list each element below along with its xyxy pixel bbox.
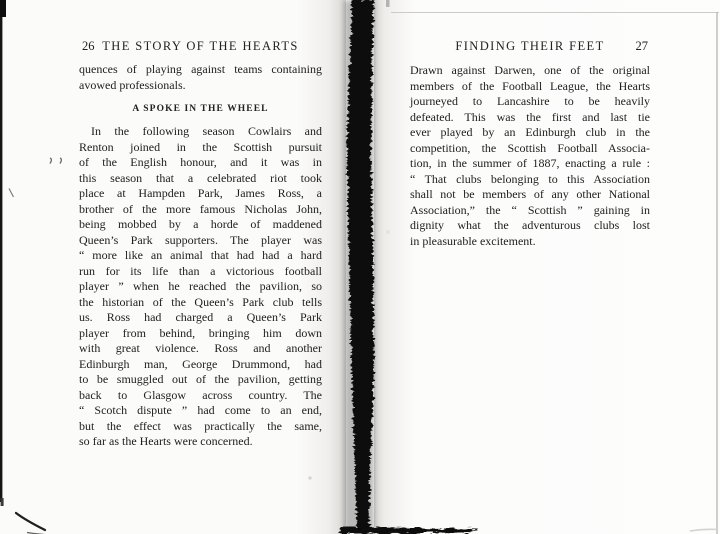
body-line: Edinburgh man, George Drummond, had: [79, 357, 322, 373]
book-scan: 26 THE STORY OF THE HEARTS quences of pl…: [0, 0, 720, 534]
left-running-title: THE STORY OF THE HEARTS: [79, 39, 322, 54]
body-line: back to Glasgow across country. The: [79, 388, 322, 404]
left-body-paragraph: In the following season Cowlairs and Ren…: [79, 124, 322, 450]
left-intro-paragraph: quences of playing against teams contain…: [79, 62, 322, 93]
body-line: Association,” the “ Scottish ” gaining i…: [410, 203, 650, 219]
right-page: FINDING THEIR FEET 27 Drawn against Darw…: [374, 0, 720, 534]
right-page-number: 27: [636, 39, 649, 54]
body-line: being mobbed by a horde of maddened: [79, 217, 322, 233]
body-line: player ” when he reached the pavilion, s…: [79, 279, 322, 295]
right-body-paragraph: Drawn against Darwen, one of the origina…: [410, 63, 650, 249]
right-running-title: FINDING THEIR FEET: [410, 39, 650, 54]
body-line: Queen’s Park supporters. The player was: [79, 233, 322, 249]
body-line: tion, in the summer of 1887, enacting a …: [410, 156, 650, 172]
body-line: defeated. This was the first and last ti…: [410, 110, 650, 126]
body-line: place at Hampden Park, James Ross, a: [79, 186, 322, 202]
body-line: “ more like an animal that had had a har…: [79, 248, 322, 264]
body-line: in pleasurable excitement.: [410, 234, 650, 250]
body-line: journeyed to Lancashire to be heavily: [410, 94, 650, 110]
body-line: player from behind, bringing him down: [79, 326, 322, 342]
body-line: “ Scotch dispute ” had come to an end,: [79, 403, 322, 419]
left-page-number: 26: [82, 39, 95, 54]
body-line: Renton joined in the Scottish pursuit: [79, 140, 322, 156]
body-line: members of the Football League, the Hear…: [410, 79, 650, 95]
body-line: of the English honour, and it was in: [79, 155, 322, 171]
left-running-head: 26 THE STORY OF THE HEARTS: [79, 39, 322, 54]
body-line: this season that a celebrated riot took: [79, 171, 322, 187]
body-line: run for its life than a victorious footb…: [79, 264, 322, 280]
body-line: shall not be members of any other Nation…: [410, 187, 650, 203]
body-line: “ That clubs belonging to this Associati…: [410, 172, 650, 188]
body-line: the historian of the Queen’s Park club t…: [79, 295, 322, 311]
left-page: 26 THE STORY OF THE HEARTS quences of pl…: [0, 0, 346, 534]
body-line: but the effect was practically the same,: [79, 419, 322, 435]
body-line: with great violence. Ross and another: [79, 341, 322, 357]
body-line: dignity what the adventurous clubs lost: [410, 218, 650, 234]
body-line: quences of playing against teams contain…: [79, 62, 322, 78]
right-running-head: FINDING THEIR FEET 27: [410, 39, 650, 54]
body-line: brother of the more famous Nicholas John…: [79, 202, 322, 218]
gutter-bleed-shadow: [344, 0, 374, 531]
body-line: to be smuggled out of the pavilion, gett…: [79, 372, 322, 388]
body-line: so far as the Hearts were concerned.: [79, 434, 322, 450]
body-line: In the following season Cowlairs and: [79, 124, 322, 140]
body-line: competition, the Scottish Football Assoc…: [410, 141, 650, 157]
body-line: ever played by an Edinburgh club in the: [410, 125, 650, 141]
gutter-shadow-band: [347, 0, 374, 529]
body-line: avowed professionals.: [79, 78, 322, 94]
section-heading: A SPOKE IN THE WHEEL: [79, 104, 322, 117]
body-line: us. Ross had charged a Queen’s Park: [79, 310, 322, 326]
body-line: Drawn against Darwen, one of the origina…: [410, 63, 650, 79]
